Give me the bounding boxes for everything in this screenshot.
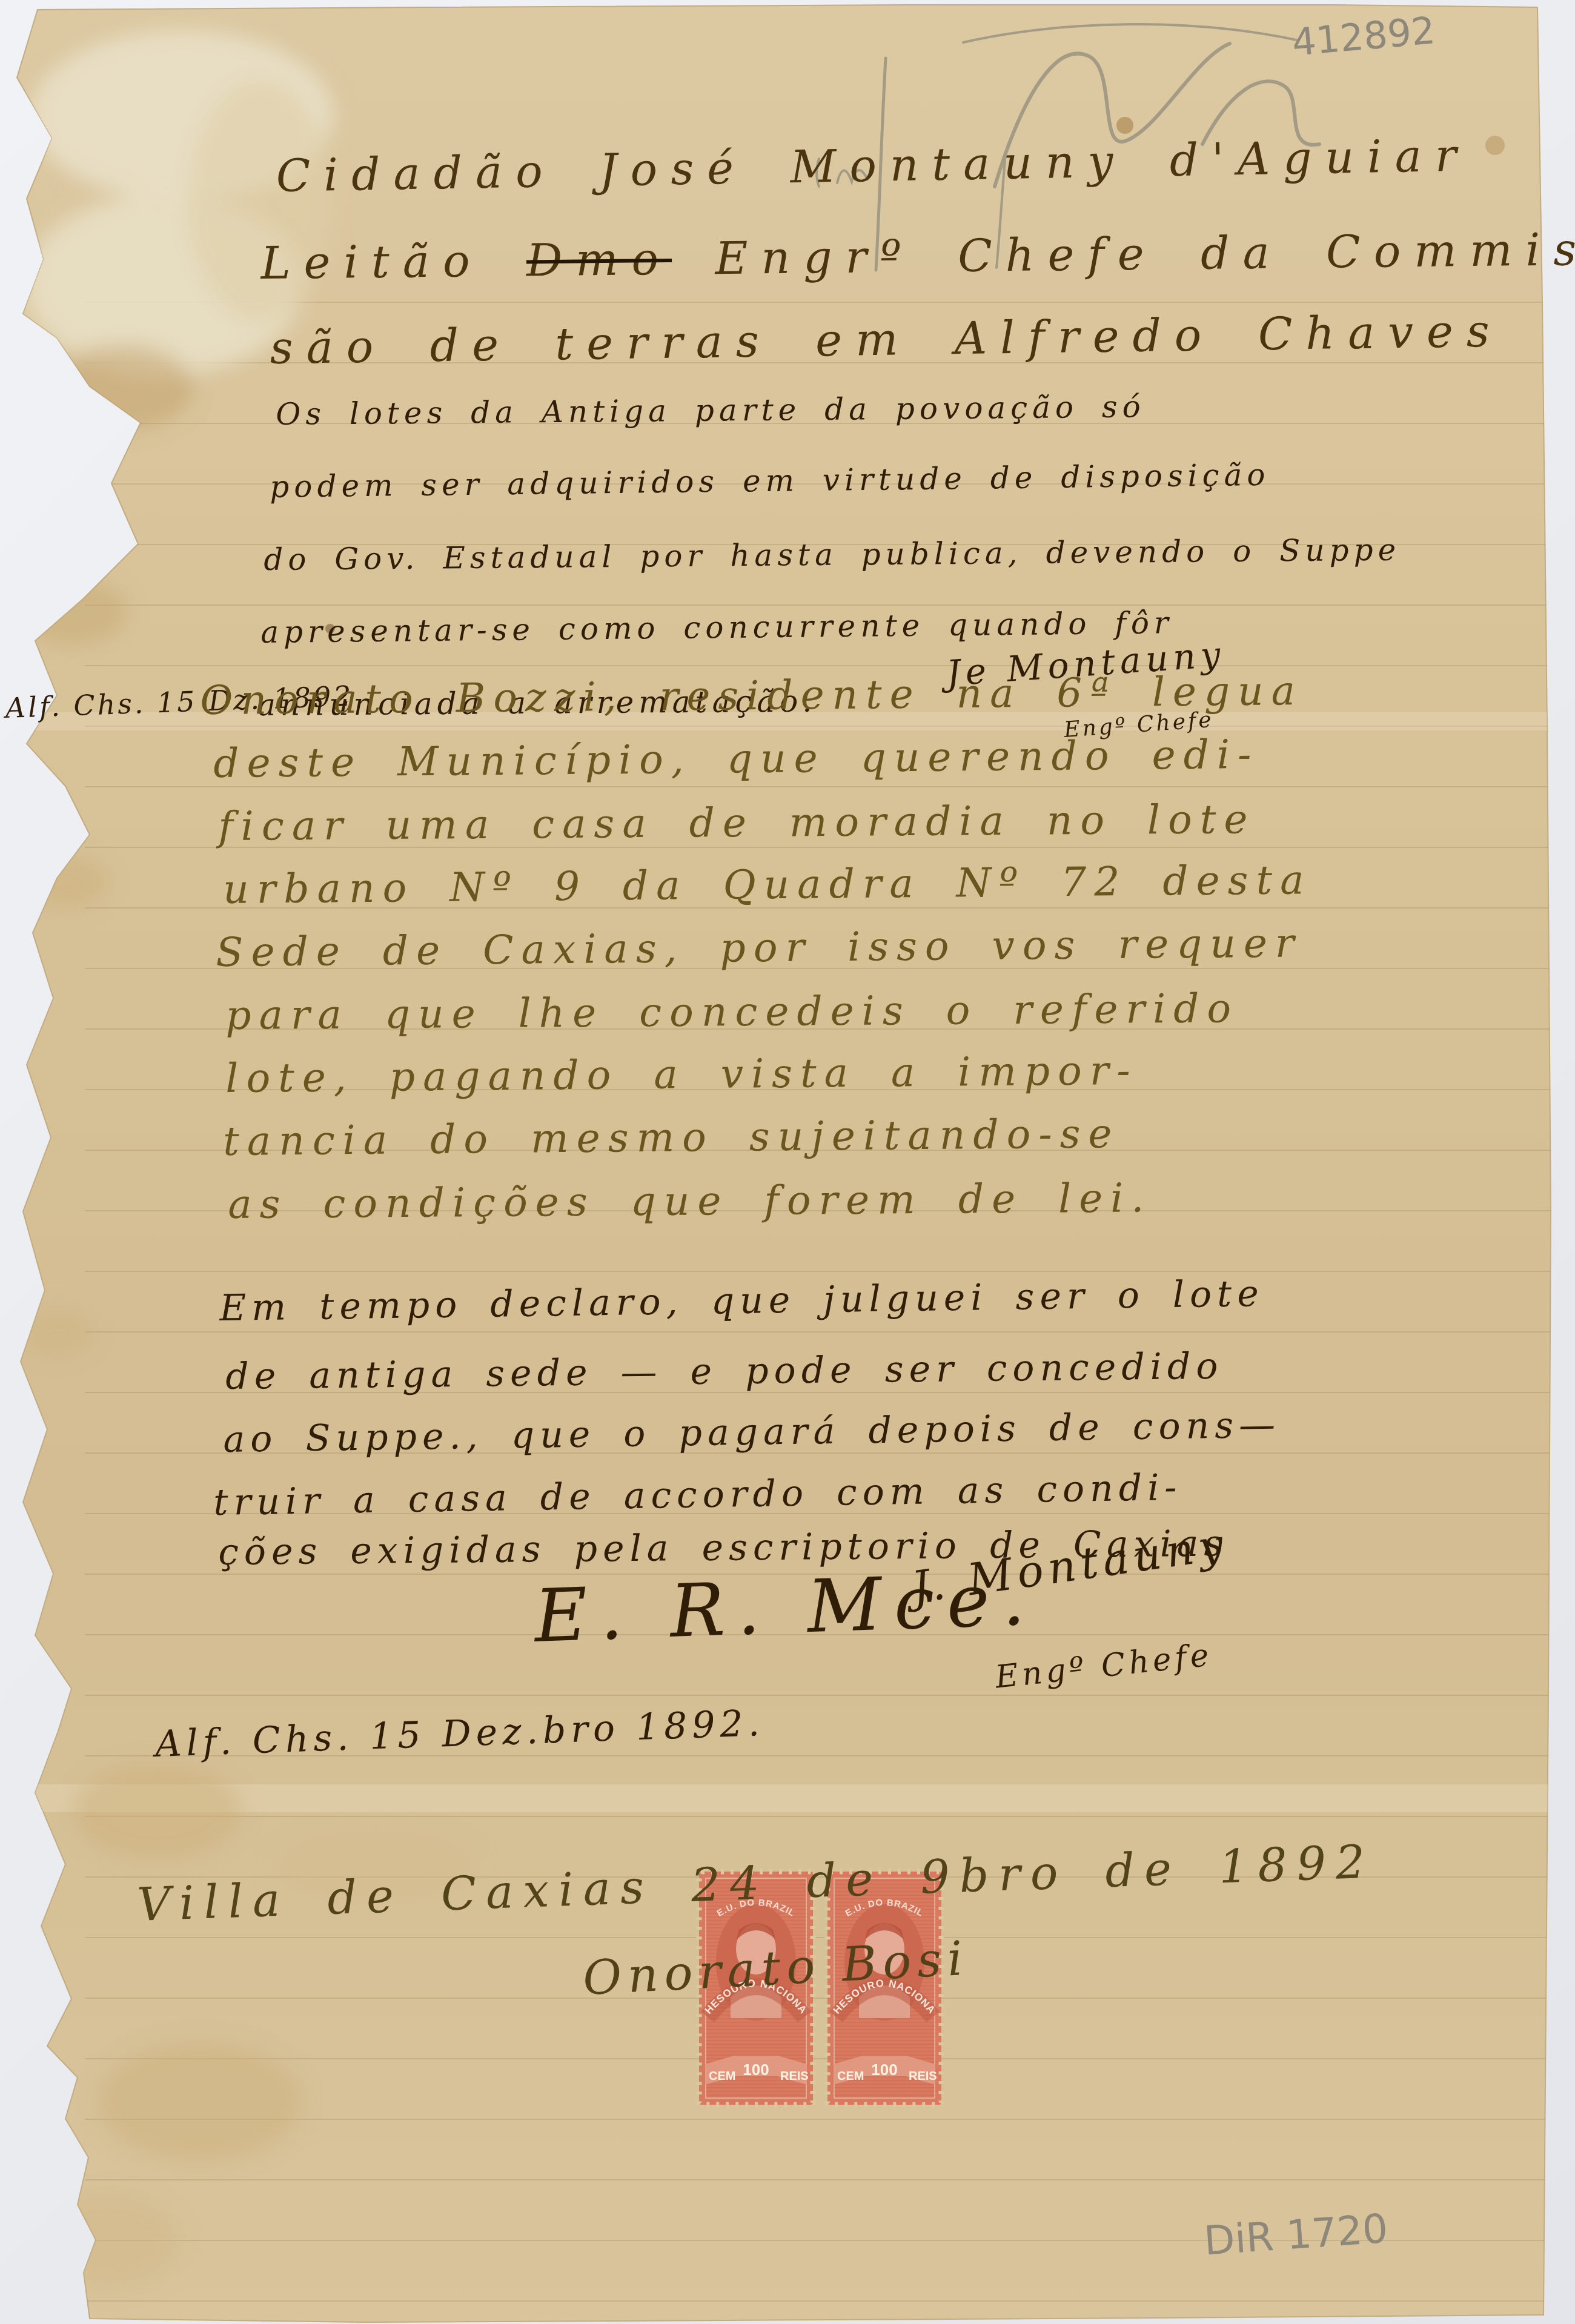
foot-place-date: Villa de Caxias 24 de 9bro de 1892: [136, 1835, 1376, 1932]
body-line-9: as condições que forem de lei.: [228, 1174, 1152, 1228]
addendum-line-4: truir a casa de accordo com as condi-: [213, 1466, 1182, 1524]
body-line-3: ficar uma casa de moradia no lote: [218, 796, 1256, 850]
pencil-number-top-right: 412892: [1290, 8, 1437, 64]
header-line-2-post: Engrº Chefe da Commis-: [672, 223, 1575, 285]
header-line-2-pre: Leitão: [260, 234, 526, 290]
closing-date: Alf. Chs. 15 Dez.bro 1892.: [154, 1702, 765, 1766]
header-struck-word: Dmo: [526, 233, 672, 287]
body-line-2: deste Município, que querendo edi-: [213, 731, 1259, 787]
margin-note-line-4: apresentar-se como concurrente quando fô…: [260, 605, 1173, 650]
margin-note-line-2: podem ser adquiridos em virtude de dispo…: [270, 457, 1270, 505]
body-line-8: tancia do mesmo sujeitando-se: [223, 1110, 1120, 1165]
margin-note-line-3: do Gov. Estadual por hasta publica, deve…: [264, 532, 1401, 577]
foot-signature: Onorato Bosi: [582, 1932, 970, 2006]
handwriting-layer: 412892 DiR 1720 Cidadão José Montauny d'…: [0, 0, 1575, 2324]
body-line-4: urbano Nº 9 da Quadra Nº 72 desta: [223, 856, 1312, 913]
body-line-6: para que lhe concedeis o referido: [225, 985, 1239, 1039]
scanned-document-page: E.U. DO BRAZIL THESOURO NACIONAL CEM 100…: [0, 0, 1575, 2324]
header-line-2: Leitão Dmo Engrº Chefe da Commis-: [260, 223, 1575, 290]
addendum-line-2: de antiga sede — e pode ser concedido: [225, 1345, 1224, 1398]
margin-note-line-1: Os lotes da Antiga parte da povoação só: [276, 389, 1146, 432]
pencil-code-bottom-right: DiR 1720: [1202, 2205, 1390, 2265]
body-line-1: Onorato Bozzi, residente na 6ª legua: [200, 667, 1303, 724]
body-line-7: lote, pagando a vista a impor-: [225, 1047, 1138, 1102]
header-line-3: são de terras em Alfredo Chaves: [270, 305, 1503, 374]
body-line-5: Sede de Caxias, por isso vos requer: [216, 919, 1302, 976]
header-line-1: Cidadão José Montauny d'Aguiar: [276, 130, 1470, 202]
addendum-line-3: ao Suppe., que o pagará depois de cons—: [223, 1404, 1281, 1461]
addendum-line-1: Em tempo declaro, que julguei ser o lote: [219, 1273, 1264, 1329]
closing-signature-title: Engº Chefe: [993, 1637, 1214, 1695]
